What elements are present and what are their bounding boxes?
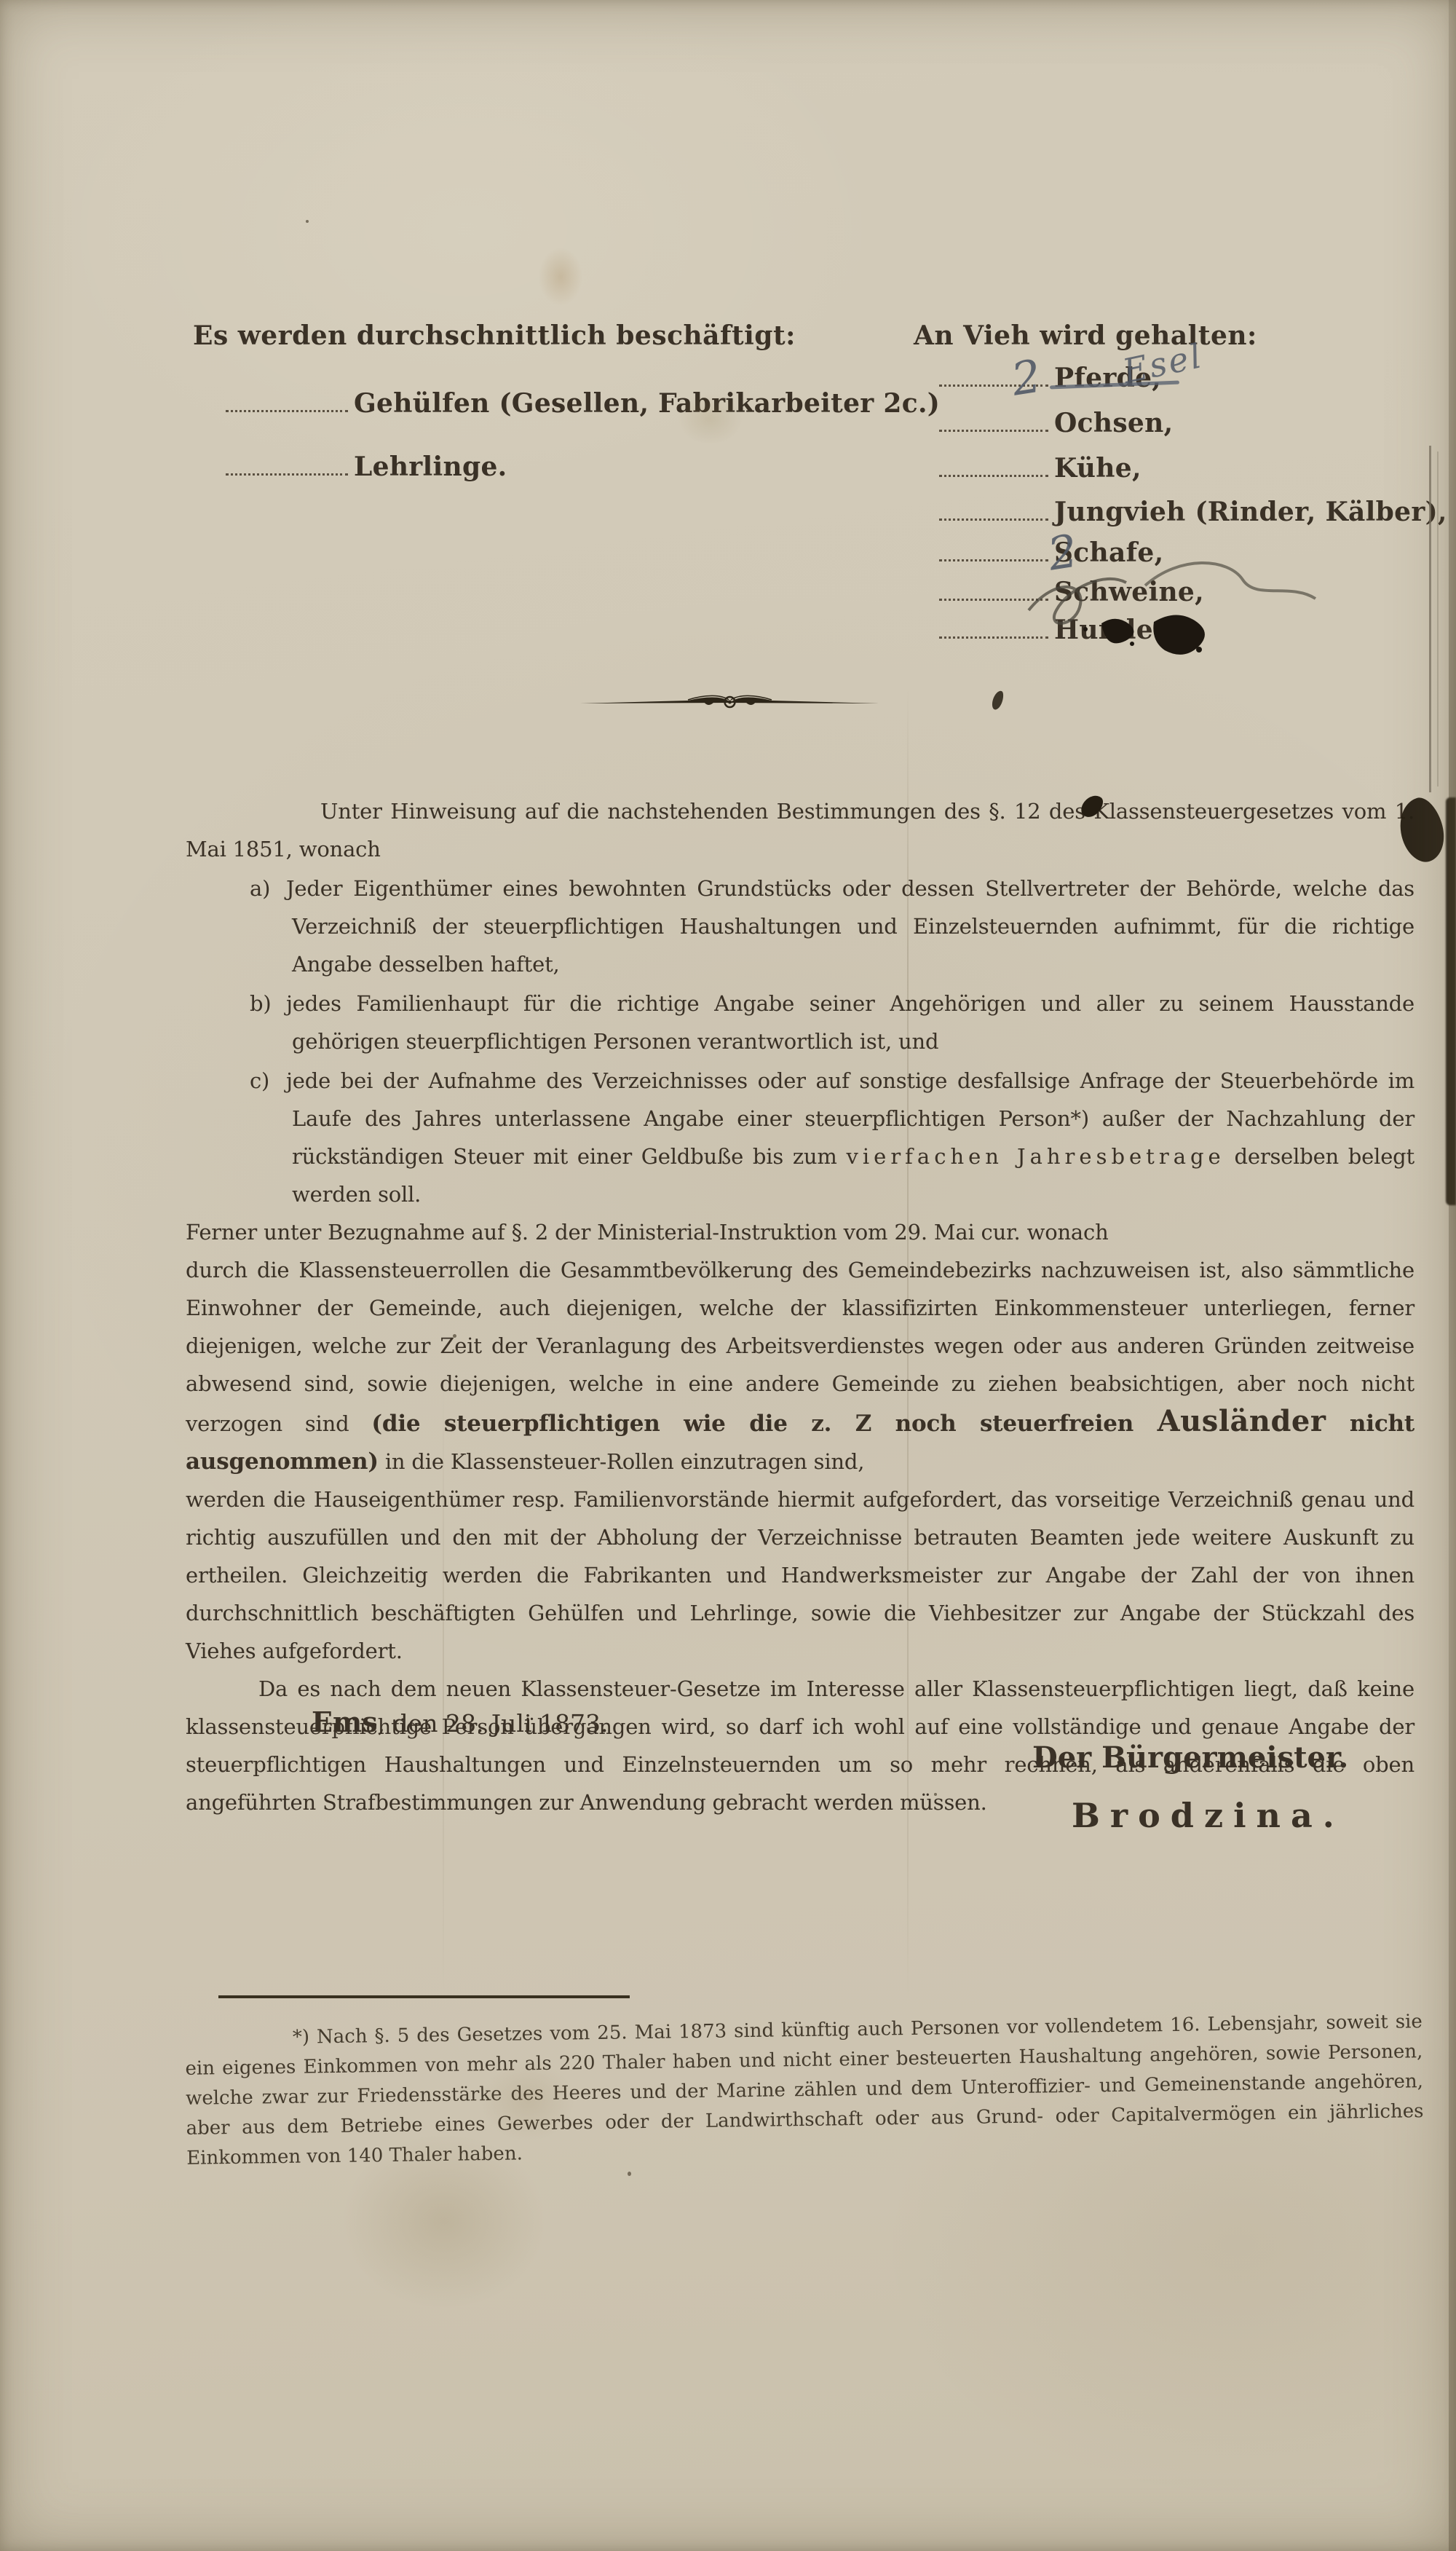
livestock-row-ochsen: Ochsen,: [939, 408, 1173, 438]
livestock-row-hunde: Hunde.: [939, 615, 1163, 645]
blank-dotted-line: [939, 408, 1048, 432]
blank-dotted-line: [939, 615, 1048, 639]
law-item-b: b)jedes Familienhaupt für die richtige A…: [250, 985, 1415, 1060]
dateline: Ems, den 28. Juli 1873.: [312, 1706, 608, 1738]
blank-dotted-line: [939, 453, 1048, 477]
blank-dotted-line: [939, 537, 1048, 561]
intro-paragraph: Unter Hinweisung auf die nachstehenden B…: [186, 792, 1415, 868]
livestock-label: Ochsen,: [1054, 408, 1173, 438]
scanned-document-page: Es werden durchschnittlich beschäftigt: …: [0, 0, 1456, 2551]
bold-clause: (die steuerpflichtigen wie die z. Z noch…: [371, 1411, 1157, 1437]
paper-speck: [306, 220, 309, 223]
footnote-text: *) Nach §. 5 des Gesetzes vom 25. Mai 18…: [185, 2007, 1425, 2174]
employment-section: Es werden durchschnittlich beschäftigt: …: [193, 320, 834, 495]
employment-row-label: Gehülfen (Gesellen, Fabrikarbeiter 2c.): [354, 388, 940, 419]
indented-text: in die Klassensteuer-Rollen einzutragen …: [379, 1449, 864, 1474]
blank-dotted-line: [939, 577, 1048, 601]
law-item-text: Jeder Eigenthümer eines bewohnten Grunds…: [286, 876, 1415, 977]
ink-blot: [991, 690, 1005, 711]
employment-heading: Es werden durchschnittlich beschäftigt:: [193, 320, 834, 351]
blank-dotted-line: [939, 497, 1048, 521]
livestock-section: An Vieh wird gehalten: Pferde, 2 Esel Oc…: [914, 320, 1452, 655]
livestock-label: Schweine,: [1054, 577, 1204, 607]
bold-auslaender: Ausländer: [1158, 1404, 1326, 1438]
law-item-a: a)Jeder Eigenthümer eines bewohnten Grun…: [250, 870, 1415, 983]
livestock-label: Kühe,: [1054, 453, 1142, 484]
indented-paragraph: durch die Klassensteuerrollen die Gesamm…: [186, 1251, 1415, 1480]
livestock-row-schafe: Schafe, 2: [939, 537, 1163, 568]
law-item-text: jedes Familienhaupt für die richtige Ang…: [286, 991, 1415, 1054]
livestock-label: Jungvieh (Rinder, Kälber),: [1054, 497, 1447, 527]
law-item-c: c)jede bei der Aufnahme des Verzeichniss…: [250, 1062, 1415, 1213]
handwritten-count: 2: [1008, 349, 1045, 406]
list-marker: b): [250, 985, 286, 1022]
livestock-row-jungvieh: Jungvieh (Rinder, Kälber),: [939, 497, 1447, 527]
date-text: , den 28. Juli 1873.: [378, 1709, 609, 1738]
place-name: Ems: [312, 1706, 378, 1738]
blank-dotted-line: [226, 452, 348, 476]
livestock-row-schweine: Schweine,: [939, 577, 1204, 607]
livestock-label: Hunde.: [1054, 615, 1163, 645]
scan-edge-shadow: [1446, 797, 1456, 1205]
list-marker: c): [250, 1062, 286, 1100]
ferner-paragraph: Ferner unter Bezugnahme auf §. 2 der Min…: [186, 1213, 1415, 1251]
employment-row-lehrlinge: Lehrlinge.: [226, 452, 507, 482]
body-text: Unter Hinweisung auf die nachstehenden B…: [186, 792, 1415, 1821]
signature-name: Brodzina.: [1072, 1796, 1345, 1835]
employment-row-label: Lehrlinge.: [354, 452, 507, 482]
emphasized-text: vierfachen Jahresbetrage: [847, 1144, 1225, 1169]
list-marker: a): [250, 870, 286, 907]
blank-dotted-line: [226, 388, 348, 412]
paper-stain: [539, 248, 582, 306]
employment-row-gehuelfen: Gehülfen (Gesellen, Fabrikarbeiter 2c.): [226, 388, 940, 419]
paper-speck: [628, 2172, 631, 2176]
request-paragraph: werden die Hauseigenthümer resp. Familie…: [186, 1480, 1415, 1670]
livestock-row-pferde: Pferde, 2 Esel: [939, 363, 1161, 393]
ornamental-divider: [579, 690, 881, 715]
signature-title: Der Bürgermeister.: [1032, 1740, 1348, 1775]
footnote-rule: [218, 1995, 630, 1998]
livestock-row-kuehe: Kühe,: [939, 453, 1142, 484]
handwritten-count: 2: [1045, 524, 1081, 580]
